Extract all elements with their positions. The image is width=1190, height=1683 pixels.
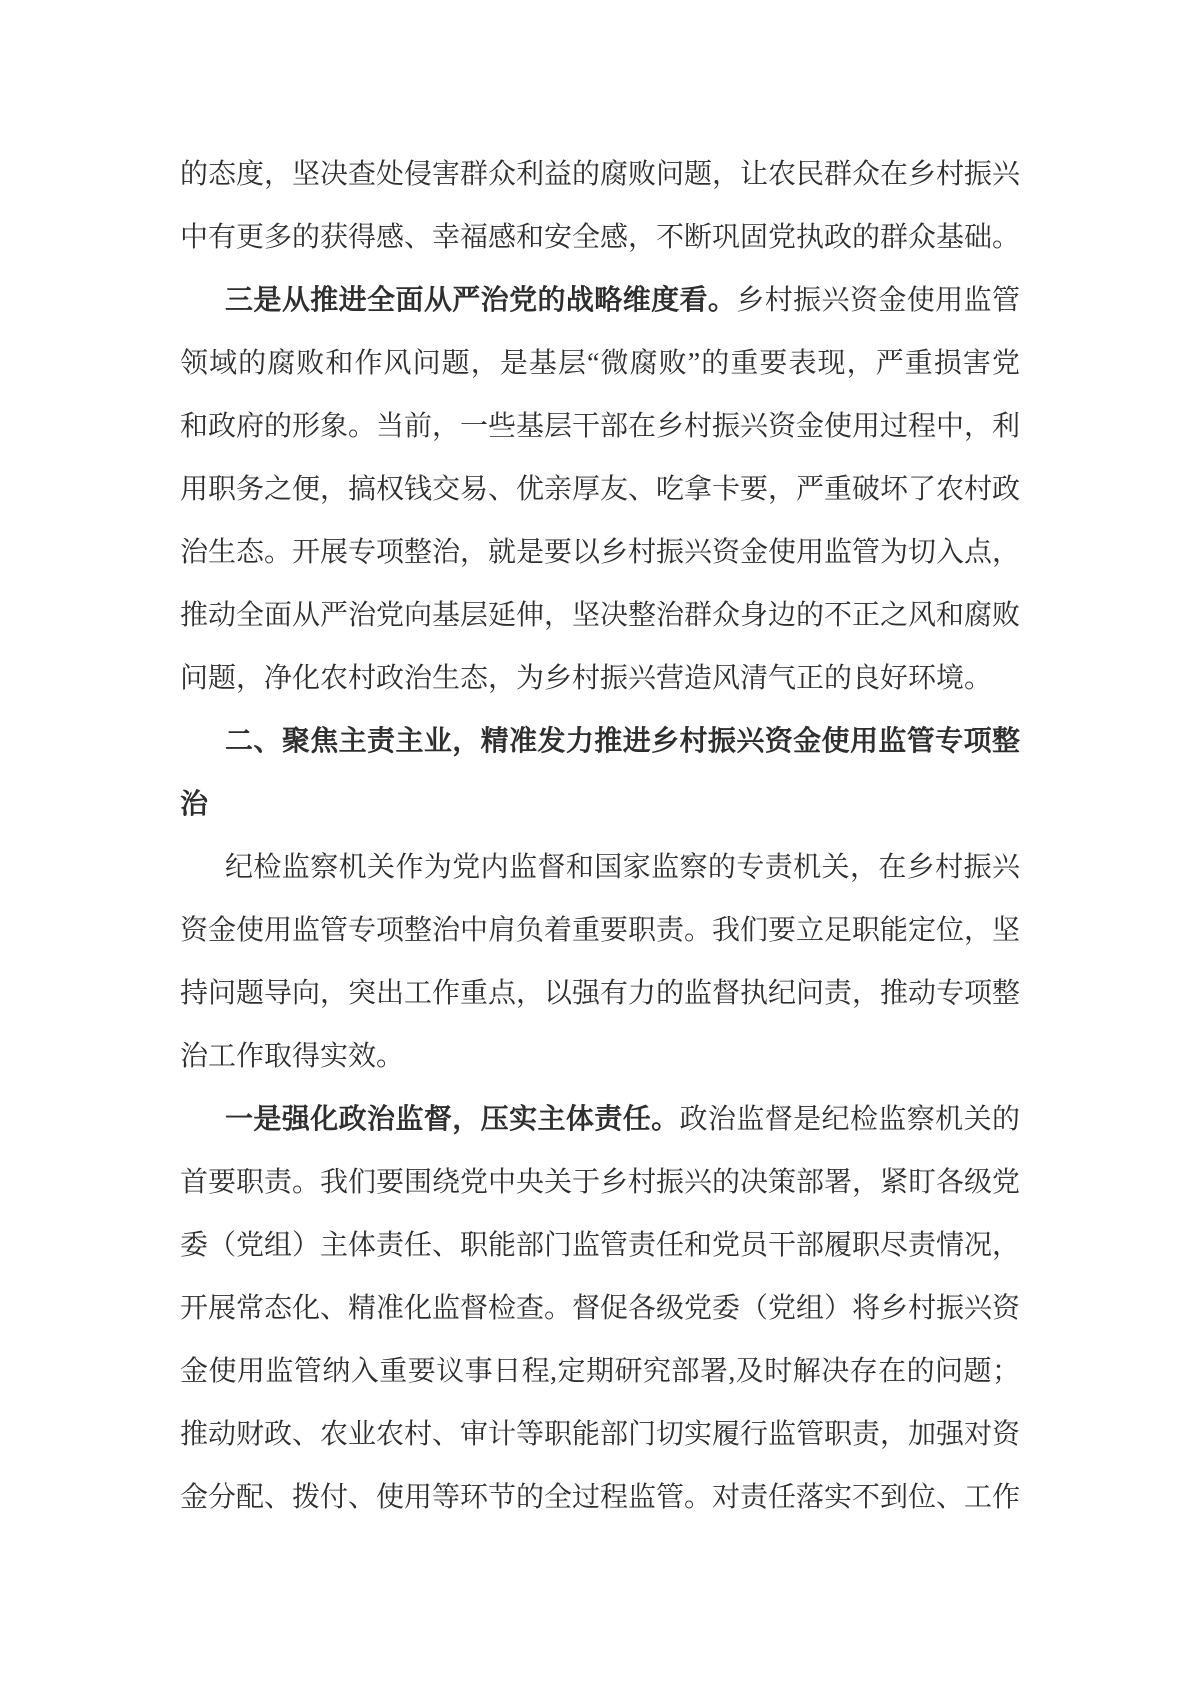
text-run: 开展常态化、精准化监督检查。督促各级党委（党组）将乡村振兴资 bbox=[180, 1293, 1020, 1324]
paragraph-section-two-intro-line: 资金使用监管专项整治中肩负着重要职责。我们要立足职能定位，坚 bbox=[180, 899, 1020, 962]
bold-text-run: 治 bbox=[180, 789, 208, 820]
paragraph-first-point-line: 一是强化政治监督，压实主体责任。政治监督是纪检监察机关的 bbox=[180, 1088, 1020, 1151]
heading-section-two-line: 二、聚焦主责主业，精准发力推进乡村振兴资金使用监管专项整 bbox=[180, 710, 1020, 773]
paragraph-first-point-line: 金使用监管纳入重要议事日程,定期研究部署,及时解决存在的问题； bbox=[180, 1340, 1020, 1403]
paragraph-first-point-line: 开展常态化、精准化监督检查。督促各级党委（党组）将乡村振兴资 bbox=[180, 1277, 1020, 1340]
paragraph-section-two-intro-line: 治工作取得实效。 bbox=[180, 1025, 1020, 1088]
paragraph-continuation-line: 中有更多的获得感、幸福感和安全感，不断巩固党执政的群众基础。 bbox=[180, 206, 1020, 269]
document-page: 的态度，坚决查处侵害群众利益的腐败问题，让农民群众在乡村振兴中有更多的获得感、幸… bbox=[0, 0, 1190, 1683]
bold-text-run: 三是从推进全面从严治党的战略维度看。 bbox=[225, 285, 736, 316]
text-run: 中有更多的获得感、幸福感和安全感，不断巩固党执政的群众基础。 bbox=[180, 222, 1020, 253]
text-run: 金分配、拨付、使用等环节的全过程监管。对责任落实不到位、工作 bbox=[180, 1482, 1020, 1513]
paragraph-first-point-line: 委（党组）主体责任、职能部门监管责任和党员干部履职尽责情况， bbox=[180, 1214, 1020, 1277]
text-run: 政治监督是纪检监察机关的 bbox=[680, 1104, 1020, 1135]
paragraph-first-point-line: 首要职责。我们要围绕党中央关于乡村振兴的决策部署，紧盯各级党 bbox=[180, 1151, 1020, 1214]
paragraph-third-point-line: 和政府的形象。当前，一些基层干部在乡村振兴资金使用过程中，利 bbox=[180, 395, 1020, 458]
bold-text-run: 二、聚焦主责主业，精准发力推进乡村振兴资金使用监管专项整 bbox=[225, 726, 1020, 757]
text-run: 治生态。开展专项整治，就是要以乡村振兴资金使用监管为切入点， bbox=[180, 537, 1020, 568]
text-run: 推动全面从严治党向基层延伸，坚决整治群众身边的不正之风和腐败 bbox=[180, 600, 1020, 631]
text-run: 的态度，坚决查处侵害群众利益的腐败问题，让农民群众在乡村振兴 bbox=[180, 159, 1020, 190]
document-body: 的态度，坚决查处侵害群众利益的腐败问题，让农民群众在乡村振兴中有更多的获得感、幸… bbox=[180, 143, 1020, 1529]
text-run: 纪检监察机关作为党内监督和国家监察的专责机关，在乡村振兴 bbox=[225, 852, 1020, 883]
paragraph-third-point-line: 问题，净化农村政治生态，为乡村振兴营造风清气正的良好环境。 bbox=[180, 647, 1020, 710]
paragraph-section-two-intro-line: 纪检监察机关作为党内监督和国家监察的专责机关，在乡村振兴 bbox=[180, 836, 1020, 899]
paragraph-section-two-intro-line: 持问题导向，突出工作重点，以强有力的监督执纪问责，推动专项整 bbox=[180, 962, 1020, 1025]
paragraph-third-point-line: 用职务之便，搞权钱交易、优亲厚友、吃拿卡要，严重破坏了农村政 bbox=[180, 458, 1020, 521]
paragraph-third-point-line: 推动全面从严治党向基层延伸，坚决整治群众身边的不正之风和腐败 bbox=[180, 584, 1020, 647]
paragraph-first-point-line: 金分配、拨付、使用等环节的全过程监管。对责任落实不到位、工作 bbox=[180, 1466, 1020, 1529]
text-run: 和政府的形象。当前，一些基层干部在乡村振兴资金使用过程中，利 bbox=[180, 411, 1020, 442]
text-run: 推动财政、农业农村、审计等职能部门切实履行监管职责，加强对资 bbox=[180, 1419, 1020, 1450]
text-run: 领域的腐败和作风问题，是基层“微腐败”的重要表现，严重损害党 bbox=[180, 348, 1020, 379]
bold-text-run: 一是强化政治监督，压实主体责任。 bbox=[225, 1104, 680, 1135]
paragraph-third-point-line: 领域的腐败和作风问题，是基层“微腐败”的重要表现，严重损害党 bbox=[180, 332, 1020, 395]
text-run: 用职务之便，搞权钱交易、优亲厚友、吃拿卡要，严重破坏了农村政 bbox=[180, 474, 1020, 505]
text-run: 持问题导向，突出工作重点，以强有力的监督执纪问责，推动专项整 bbox=[180, 978, 1020, 1009]
text-run: 委（党组）主体责任、职能部门监管责任和党员干部履职尽责情况， bbox=[180, 1230, 1020, 1261]
paragraph-continuation-line: 的态度，坚决查处侵害群众利益的腐败问题，让农民群众在乡村振兴 bbox=[180, 143, 1020, 206]
text-run: 治工作取得实效。 bbox=[180, 1041, 404, 1072]
text-run: 首要职责。我们要围绕党中央关于乡村振兴的决策部署，紧盯各级党 bbox=[180, 1167, 1020, 1198]
paragraph-third-point-line: 三是从推进全面从严治党的战略维度看。乡村振兴资金使用监管 bbox=[180, 269, 1020, 332]
text-run: 乡村振兴资金使用监管 bbox=[736, 285, 1020, 316]
text-run: 金使用监管纳入重要议事日程,定期研究部署,及时解决存在的问题； bbox=[180, 1356, 1020, 1387]
paragraph-third-point-line: 治生态。开展专项整治，就是要以乡村振兴资金使用监管为切入点， bbox=[180, 521, 1020, 584]
text-run: 资金使用监管专项整治中肩负着重要职责。我们要立足职能定位，坚 bbox=[180, 915, 1020, 946]
text-run: 问题，净化农村政治生态，为乡村振兴营造风清气正的良好环境。 bbox=[180, 663, 992, 694]
paragraph-first-point-line: 推动财政、农业农村、审计等职能部门切实履行监管职责，加强对资 bbox=[180, 1403, 1020, 1466]
heading-section-two-line: 治 bbox=[180, 773, 1020, 836]
